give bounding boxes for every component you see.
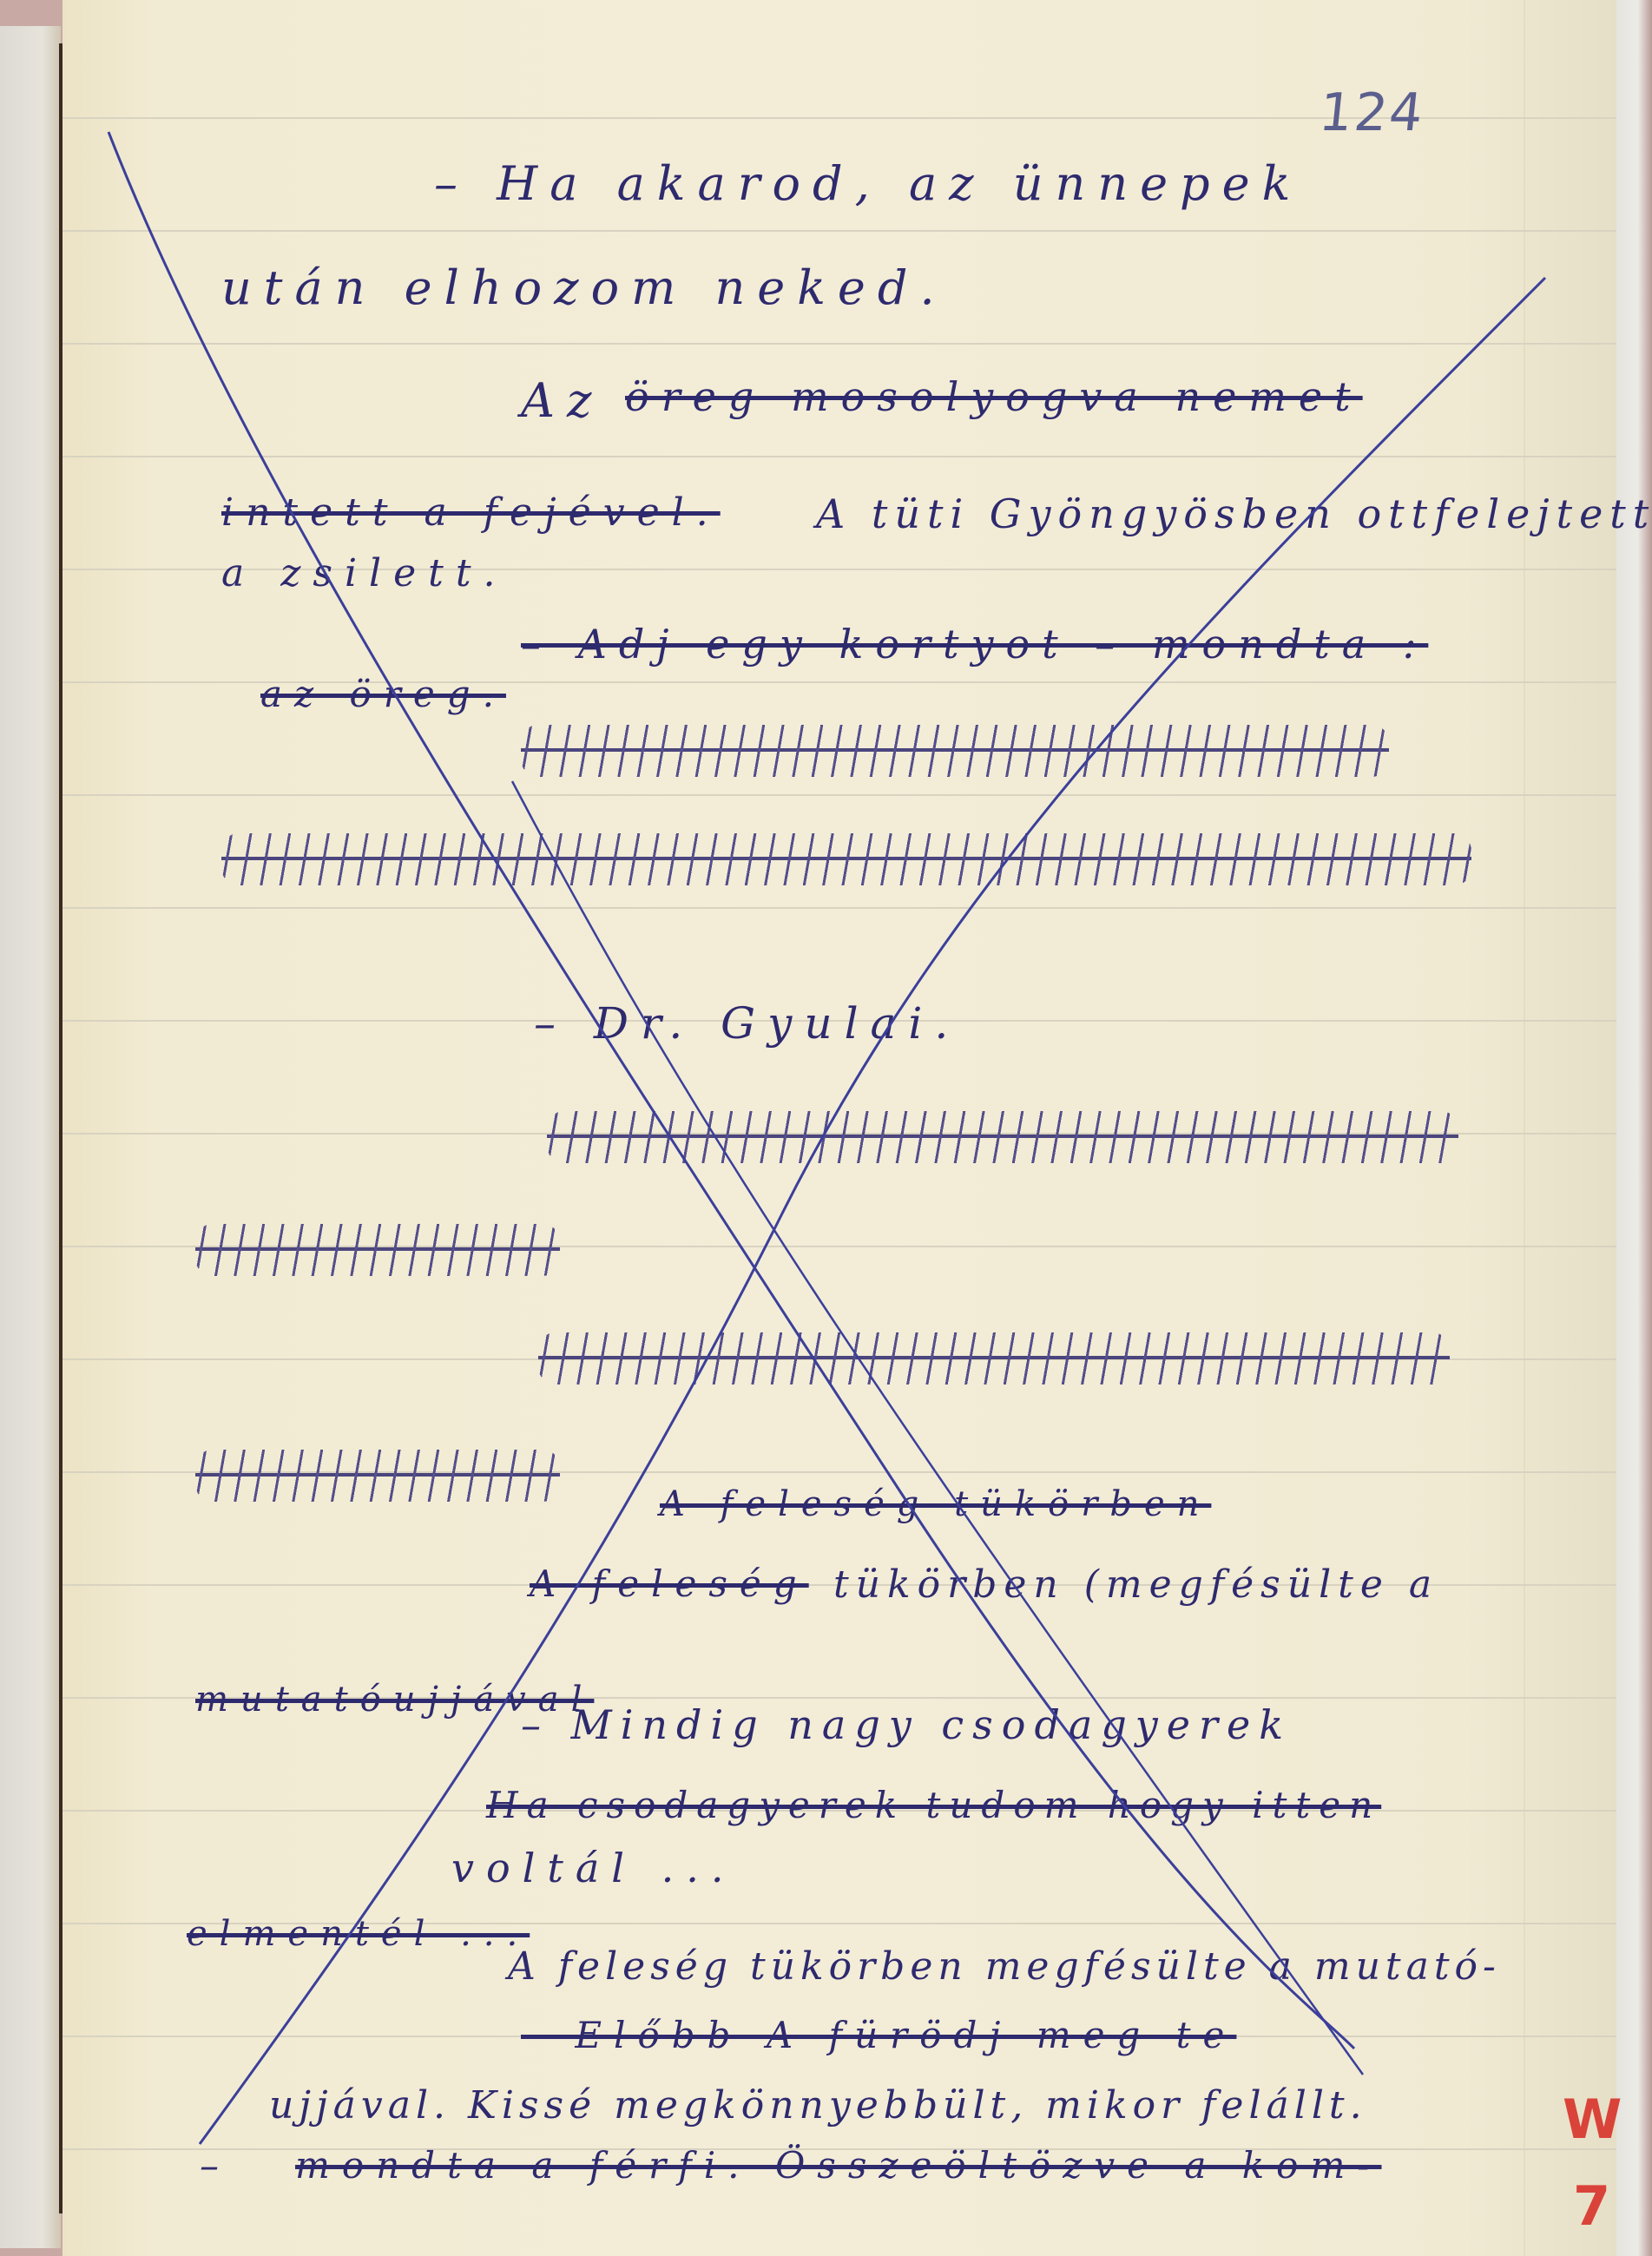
archive-mark-letter: W — [1563, 2088, 1622, 2151]
cross-out-x-mark — [0, 0, 1652, 2256]
archive-mark-number: 7 — [1573, 2174, 1610, 2238]
